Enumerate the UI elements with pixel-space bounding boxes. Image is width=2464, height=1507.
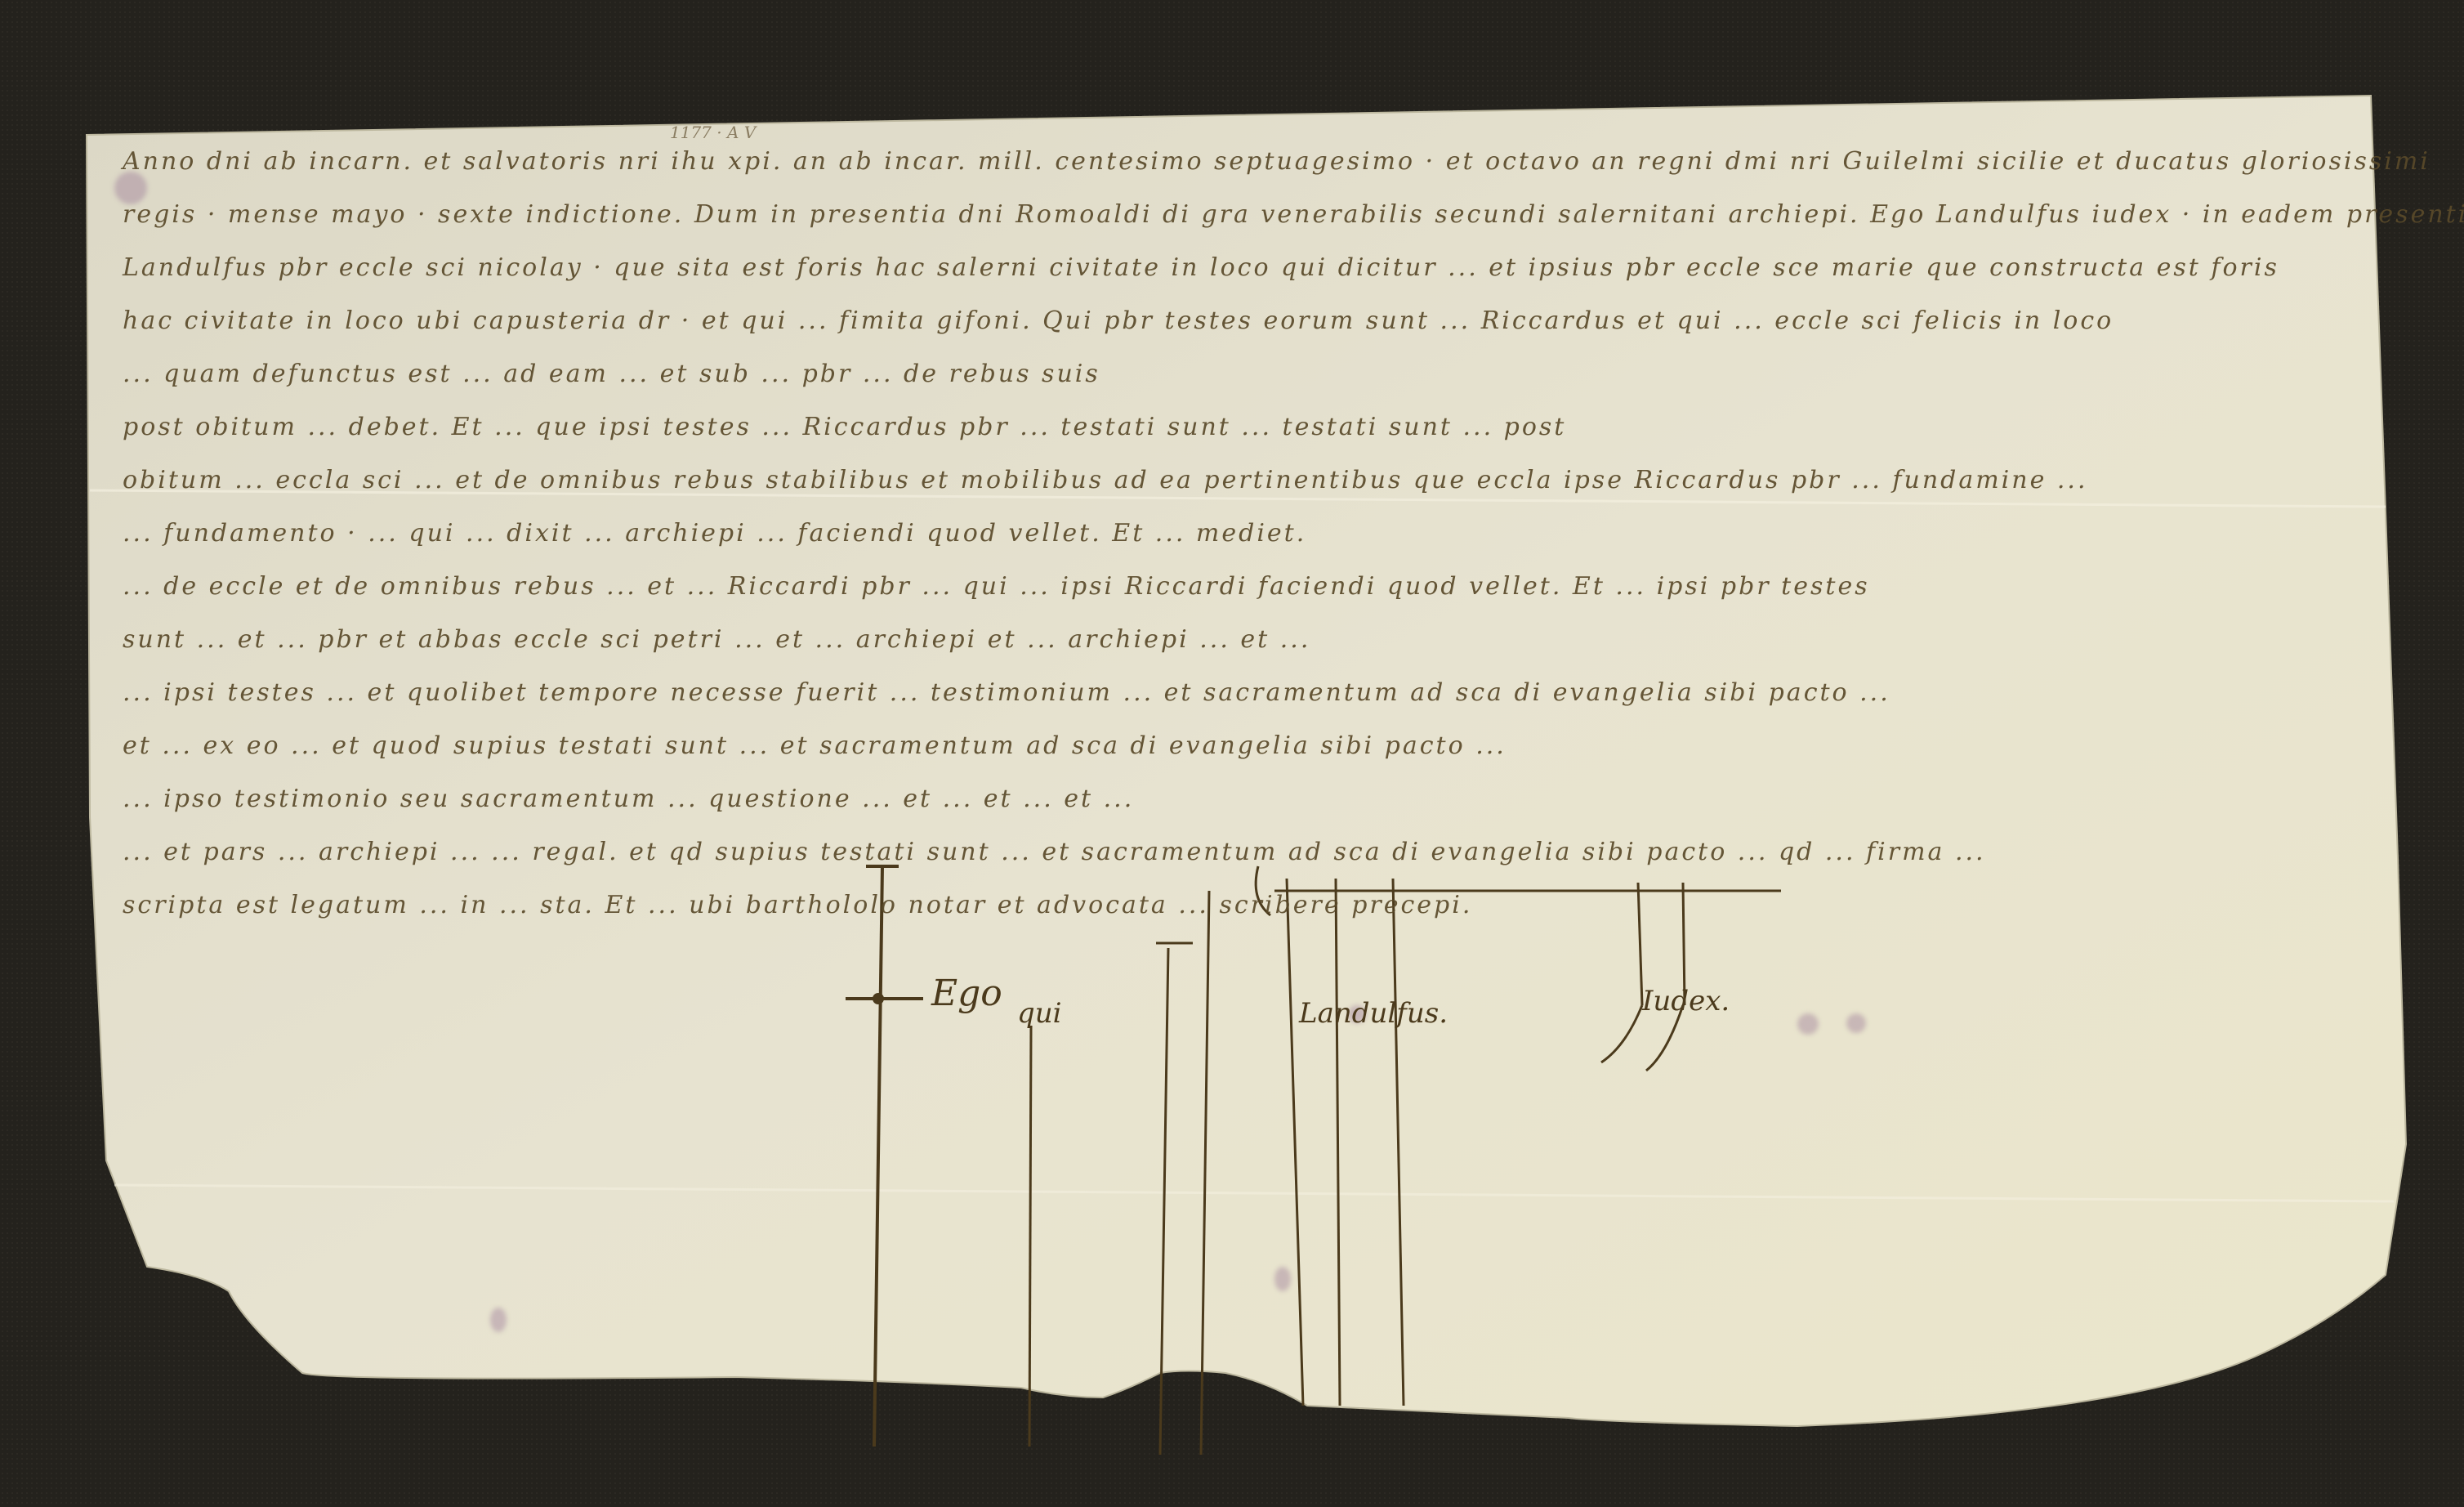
text-line: Landulfus pbr eccle sci nicolay · que si… — [123, 253, 2279, 282]
text-line: post obitum ... debet. Et ... que ipsi t… — [123, 413, 1566, 441]
text-line: ... fundamento · ... qui ... dixit ... a… — [123, 519, 1306, 548]
ink-stain — [490, 1308, 507, 1332]
text-line: ... ipso testimonio seu sacramentum ... … — [123, 785, 1134, 813]
signature-ego: Ego — [931, 973, 1002, 1014]
text-line: ... quam defunctus est ... ad eam ... et… — [123, 360, 1100, 388]
ink-stain — [114, 172, 147, 204]
text-line: obitum ... eccla sci ... et de omnibus r… — [123, 466, 2088, 494]
text-line: ... et pars ... archiepi ... ... regal. … — [123, 838, 1986, 866]
ink-stain — [1274, 1267, 1291, 1291]
signature-qui: qui — [1017, 997, 1062, 1030]
text-line: scripta est legatum ... in ... sta. Et .… — [123, 891, 1472, 919]
margin-annotation: 1177 · A V — [670, 123, 756, 142]
text-line: et ... ex eo ... et quod supius testati … — [123, 731, 1507, 760]
ink-stain — [1846, 1013, 1866, 1033]
text-line: ... de eccle et de omnibus rebus ... et … — [123, 572, 1870, 601]
parchment-document: 1177 · A V Anno dni ab incarn. et salvat… — [0, 0, 2464, 1507]
text-line: ... ipsi testes ... et quolibet tempore … — [123, 678, 1890, 707]
ink-stain — [1797, 1013, 1819, 1035]
text-line: sunt ... et ... pbr et abbas eccle sci p… — [123, 625, 1310, 654]
text-line: Anno dni ab incarn. et salvatoris nri ih… — [123, 147, 2431, 176]
signature-landulfus: Landulfus. — [1299, 997, 1448, 1030]
text-line: hac civitate in loco ubi capusteria dr ·… — [123, 306, 2114, 335]
signature-iudex: Iudex. — [1642, 985, 1730, 1017]
text-line: regis · mense mayo · sexte indictione. D… — [123, 200, 2464, 229]
